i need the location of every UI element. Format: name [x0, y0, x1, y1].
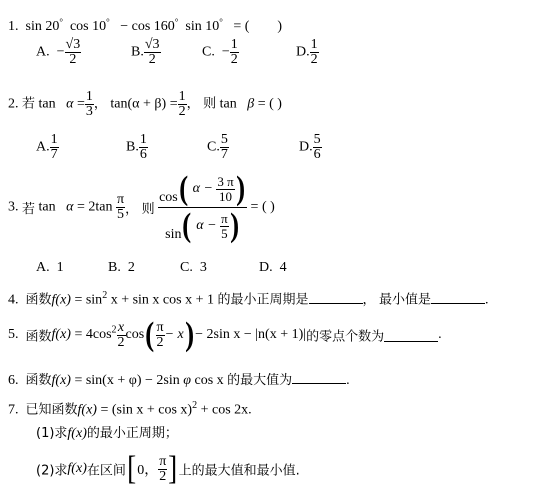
- left-paren: (: [183, 209, 192, 243]
- fraction: 12: [230, 38, 239, 67]
- question-1-option-b: B.√32: [131, 38, 161, 67]
- fraction: 57: [220, 133, 229, 162]
- question-1-option-d: D.12: [296, 38, 319, 67]
- fraction: π5: [220, 212, 229, 241]
- fraction: √32: [65, 38, 82, 67]
- question-1-option-a: A. −√32: [36, 38, 81, 67]
- question-3-option-d: D. 4: [259, 260, 287, 276]
- question-2-stem: 2. 若 tan α =13， tan(α + β) =12， 则 tan β …: [8, 90, 282, 119]
- fraction: 13: [85, 90, 94, 119]
- answer-blank-max[interactable]: [292, 371, 346, 384]
- question-2-option-a: A.17: [36, 133, 59, 162]
- question-3-stem: 3. 若 tan α = 2tan π5， 则 cos( α − 3 π10) …: [8, 172, 275, 243]
- fraction: π5: [116, 193, 125, 222]
- fraction: π2: [156, 321, 165, 350]
- question-3-option-a: A. 1: [36, 260, 64, 276]
- question-1-option-c: C. −12: [202, 38, 239, 67]
- answer-blank-min-value[interactable]: [431, 291, 485, 304]
- degree-symbol: °: [59, 17, 63, 27]
- left-paren: (: [179, 172, 188, 206]
- answer-blank-zeros[interactable]: [384, 329, 438, 342]
- right-bracket: ]: [168, 452, 177, 486]
- fraction: 3 π10: [216, 175, 234, 204]
- question-1-stem: 1. sin 20° cos 10° − cos 160° sin 10° = …: [8, 14, 282, 35]
- right-paren: ): [185, 318, 194, 352]
- answer-blank-period[interactable]: [309, 291, 363, 304]
- fraction: 16: [139, 133, 148, 162]
- fraction: √32: [144, 38, 161, 67]
- fraction: 12: [310, 38, 319, 67]
- question-5-stem: 5. 函数f(x) = 4cos2x2cos(π2− x)− 2sin x − …: [8, 318, 442, 352]
- degree-symbol: °: [106, 17, 110, 27]
- fraction: 56: [313, 133, 322, 162]
- fraction: π2: [158, 455, 167, 484]
- fraction: x2: [117, 321, 126, 350]
- question-7-stem: 7. 已知函数f(x) = (sin x + cos x)2 + cos 2x.: [8, 398, 252, 419]
- question-2-option-d: D.56: [299, 133, 322, 162]
- question-3-option-b: B. 2: [108, 260, 135, 276]
- degree-symbol: °: [175, 17, 179, 27]
- left-paren: (: [145, 318, 154, 352]
- question-number: 1.: [8, 19, 19, 34]
- degree-symbol: °: [219, 17, 223, 27]
- question-7-sub-1: (1)求f(x)的最小正周期；: [36, 426, 178, 442]
- question-2-option-c: C.57: [207, 133, 229, 162]
- left-bracket: [: [127, 452, 136, 486]
- compound-fraction: cos( α − 3 π10) sin( α − π5): [158, 172, 247, 243]
- fraction: 17: [50, 133, 59, 162]
- question-3-option-c: C. 3: [180, 260, 207, 276]
- question-2-option-b: B.16: [126, 133, 148, 162]
- question-6-stem: 6. 函数f(x) = sin(x + φ) − 2sin φ cos x 的最…: [8, 371, 350, 389]
- question-7-sub-2: (2)求f(x)在区间[0，π2]上的最大值和最小值.: [36, 452, 300, 486]
- right-paren: ): [230, 209, 239, 243]
- question-4-stem: 4. 函数f(x) = sin2 x + sin x cos x + 1 的最小…: [8, 288, 489, 309]
- right-paren: ): [236, 172, 245, 206]
- fraction: 12: [178, 90, 187, 119]
